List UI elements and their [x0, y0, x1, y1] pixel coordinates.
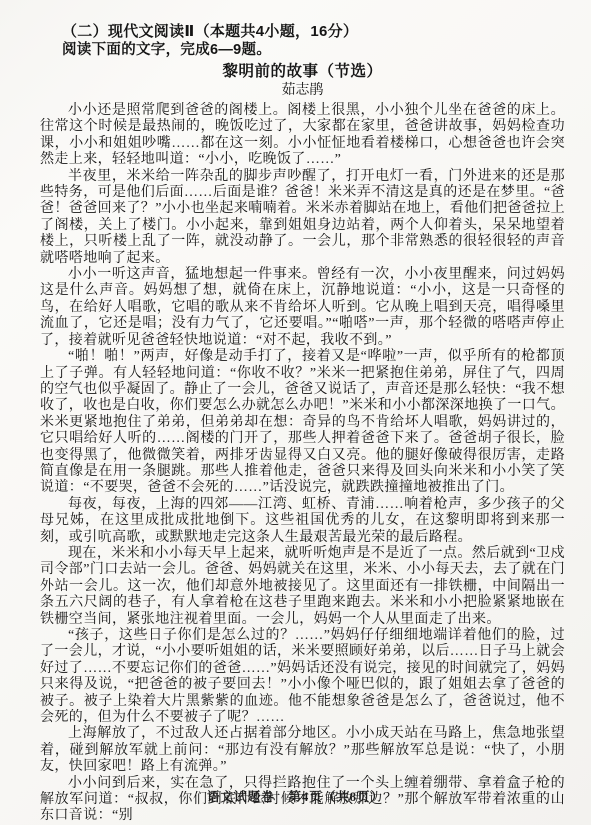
footer-exam-name: 语文试题卷 — [207, 790, 275, 804]
article-paragraph: 半夜里，米米给一阵杂乱的脚步声吵醒了，打开电灯一看，门外进来的还是那些特务，可是… — [40, 169, 565, 267]
article-paragraph: “啪！啪！”两声，好像是动手打了，接着又是“哗啦”一声，似乎所有的枪都顶上了子弹… — [40, 349, 565, 497]
article-paragraph: 现在，米米和小小每天早上起来，就听听炮声是不是近了一点。然后就到“卫戍司令部”门… — [40, 546, 565, 628]
page-footer: 语文试题卷第4页（共8页） — [0, 787, 591, 805]
exam-page: （二）现代文阅读Ⅱ（本题共4小题，16分） 阅读下面的文字，完成6—9题。 黎明… — [0, 0, 591, 825]
section-header: （二）现代文阅读Ⅱ（本题共4小题，16分） 阅读下面的文字，完成6—9题。 — [62, 22, 565, 60]
article-author: 茹志鹃 — [40, 82, 565, 100]
article-paragraph: 小小还是照常爬到爸爸的阁楼上。阁楼上很黑，小小独个儿坐在爸爸的床上。往常这个时候… — [40, 103, 565, 169]
section-heading: （二）现代文阅读Ⅱ（本题共4小题，16分） — [62, 22, 565, 41]
article-title: 黎明前的故事（节选） — [40, 62, 565, 82]
article-paragraph: 上海解放了，不过敌人还占据着部分地区。小小成天站在马路上，焦急地张望着，碰到解放… — [40, 726, 565, 775]
article-body: 小小还是照常爬到爸爸的阁楼上。阁楼上很黑，小小独个儿坐在爸爸的床上。往常这个时候… — [40, 103, 565, 825]
reading-instruction: 阅读下面的文字，完成6—9题。 — [62, 41, 565, 60]
article-paragraph: 每夜，每夜，上海的四郊——江湾、虹桥、青浦……响着枪声，多少孩子的父母兄姊，在这… — [40, 497, 565, 546]
footer-page-info: 第4页（共8页） — [289, 790, 385, 804]
article-paragraph: “孩子，这些日子你们是怎么过的？……”妈妈仔仔细细地端详着他们的脸，过了一会儿，… — [40, 628, 565, 726]
article-paragraph: 小小一听这声音，猛地想起一件事来。曾经有一次，小小夜里醒来，问过妈妈这是什么声音… — [40, 267, 565, 349]
